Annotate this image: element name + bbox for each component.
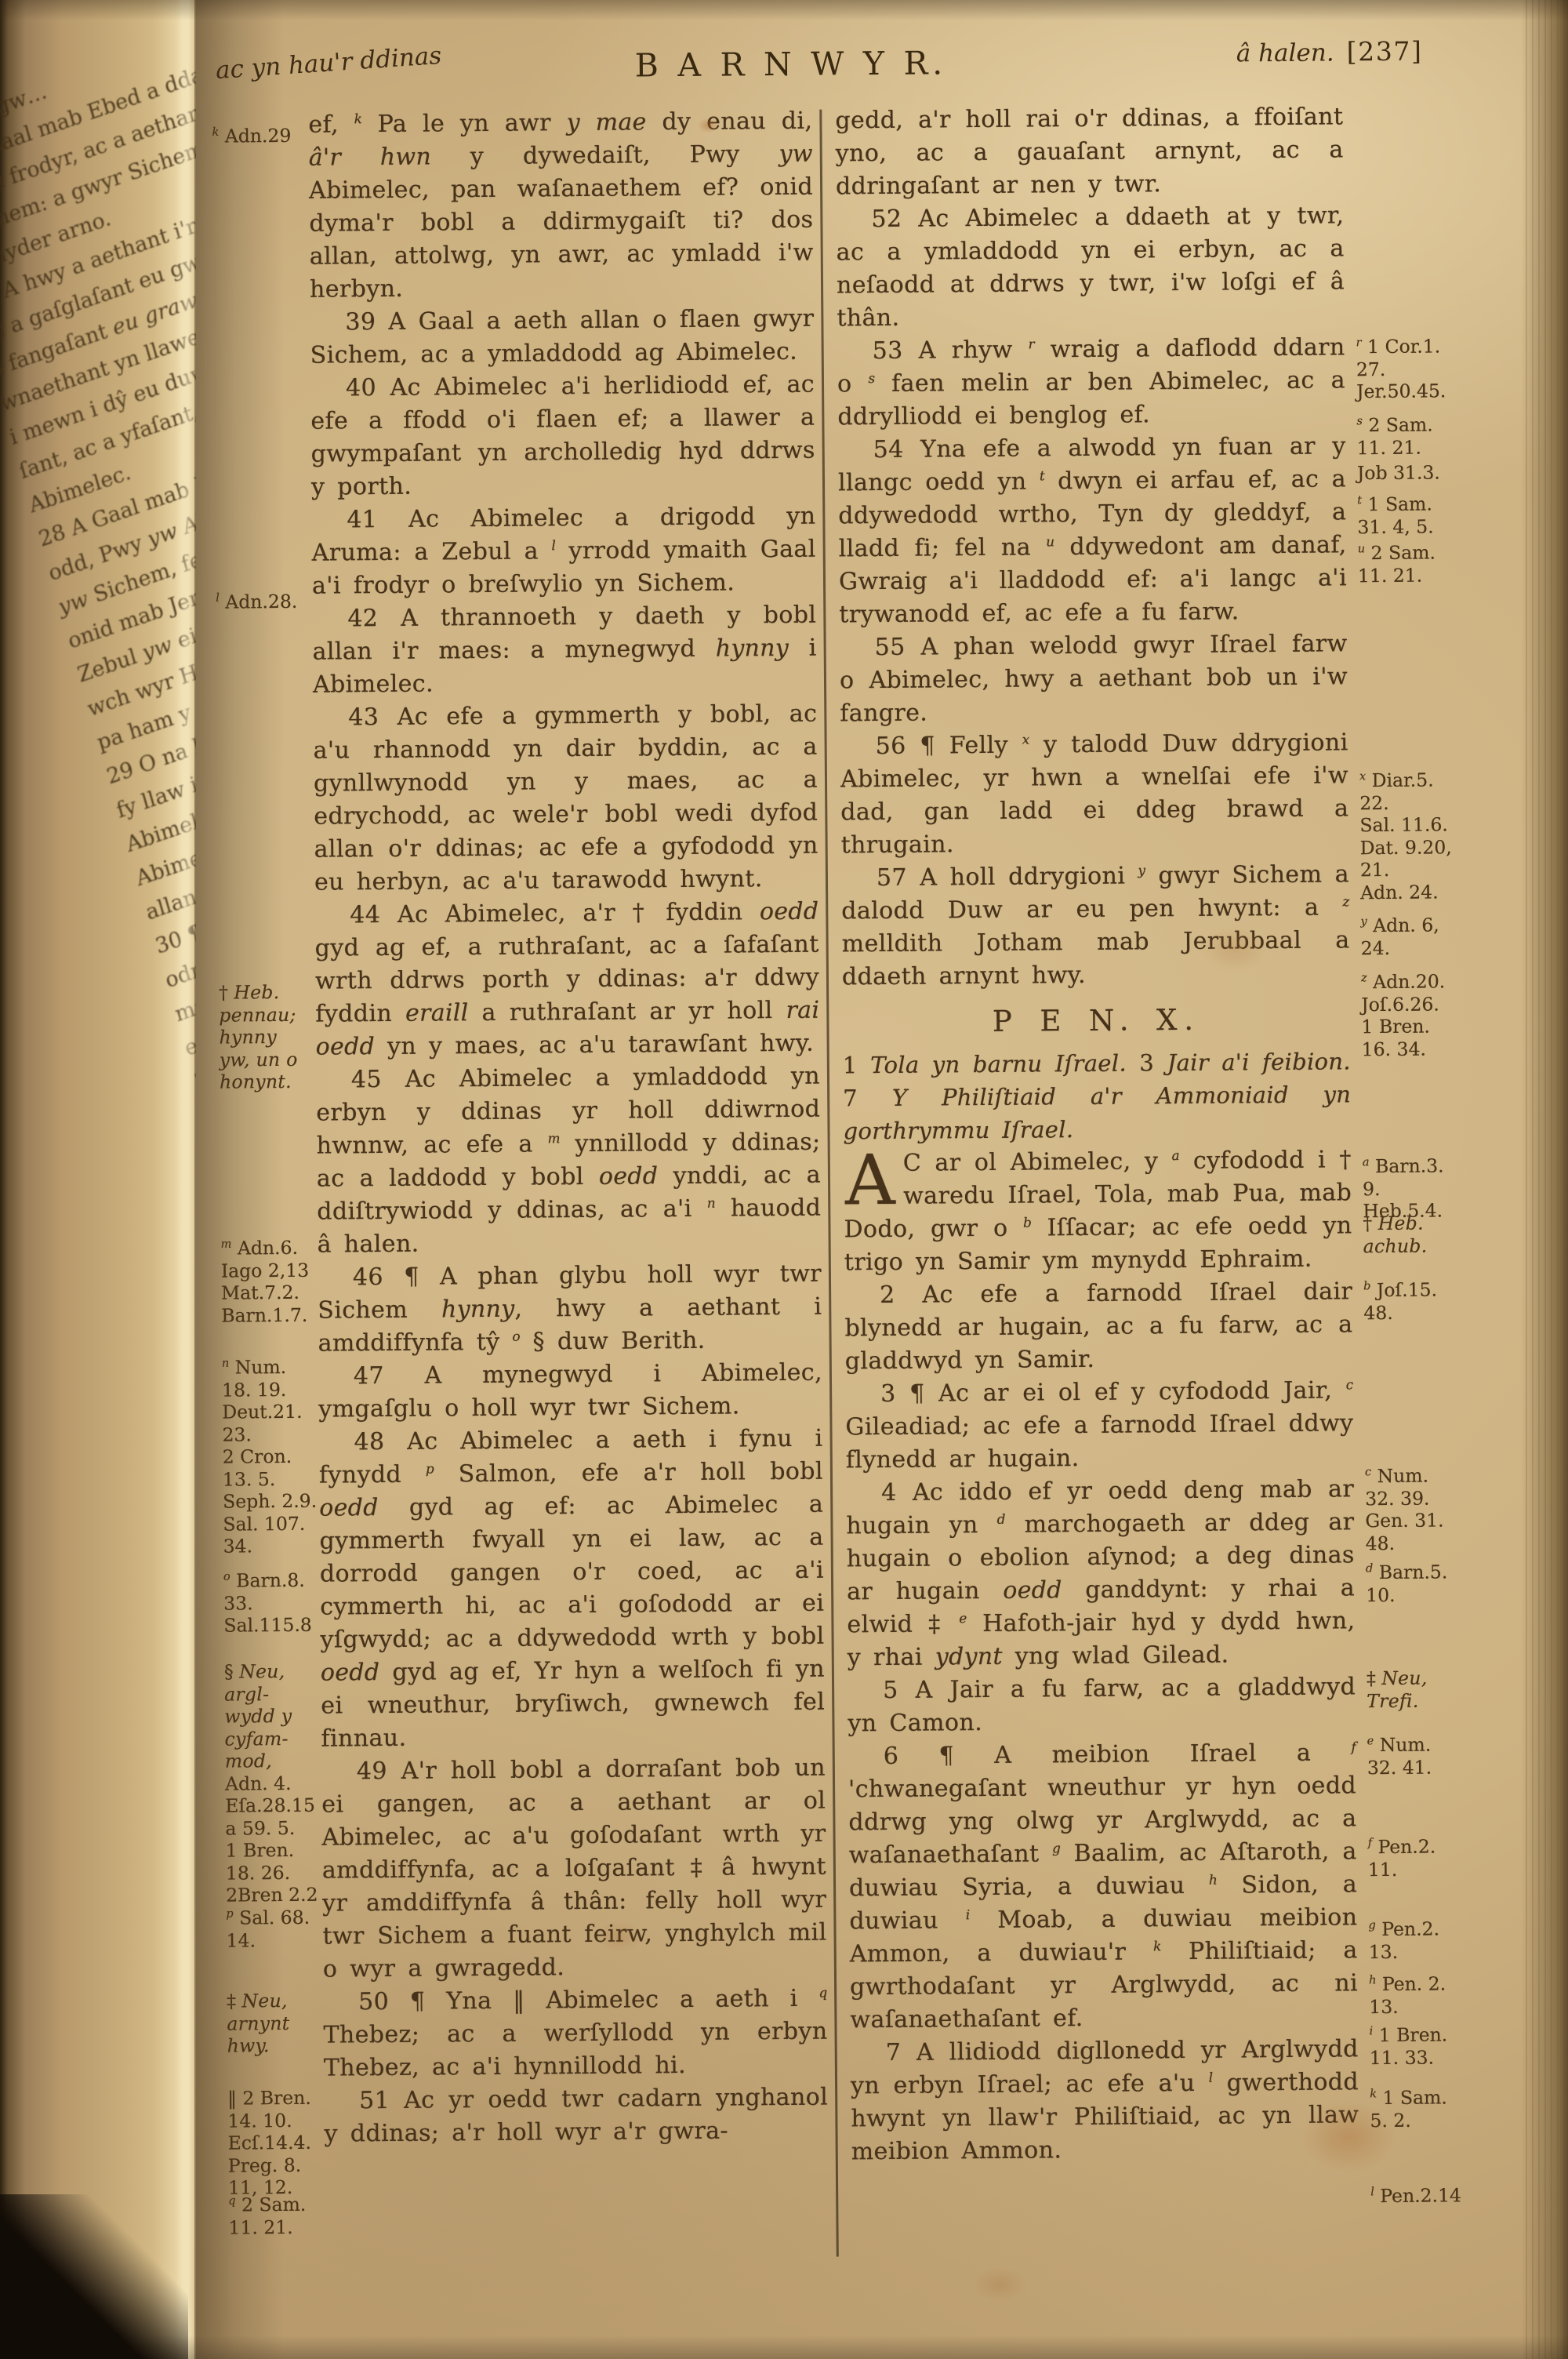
margin-note: k 1 Sam.5. 2.	[1370, 2086, 1447, 2132]
margin-note: u 2 Sam.11. 21.	[1358, 541, 1436, 587]
verse-paragraph: 49 A'r holl bobl a dorraſant bob un ei g…	[321, 1752, 827, 1986]
verse-paragraph: 2 Ac efe a farnodd Iſrael dair blynedd a…	[844, 1275, 1353, 1378]
book-photo: …elec.a mynegw…26 A Gaal mab Ebed a dda……	[0, 0, 1568, 2359]
margin-note: m Adn.6.Iago 2,13Mat.7.2.Barn.1.7.	[221, 1237, 310, 1327]
verse-paragraph: 56 ¶ Felly x y talodd Duw ddrygioni Abim…	[840, 726, 1349, 862]
verse-paragraph: 6 ¶ A meibion Iſrael a f 'chwanegaſant w…	[848, 1736, 1359, 2037]
margin-notes-left: k Adn.29l Adn.28.† Heb.pennau;hynnyyw, u…	[212, 109, 323, 2266]
verse-paragraph: ef, k Pa le yn awr y mae dy enau di, â'r…	[308, 105, 814, 307]
verse-paragraph: 47 A mynegwyd i Abimelec, ymgaſglu o hol…	[318, 1357, 823, 1427]
verse-paragraph: 45 Ac Abimelec a ymladdodd yn erbyn y dd…	[316, 1060, 822, 1262]
running-head-catchword-left: ac yn hau'r ddinas	[215, 42, 442, 85]
margin-note: p Sal. 68.14.	[226, 1906, 310, 1952]
margin-note: f Pen.2.11.	[1368, 1835, 1436, 1881]
margin-note: c Num.32. 39.Gen. 31.48.	[1365, 1464, 1444, 1554]
verse-paragraph: 40 Ac Abimelec a'i herlidiodd ef, ac efe…	[310, 369, 815, 504]
margin-note: i 1 Bren.11. 33.	[1369, 2023, 1447, 2069]
verse-paragraph: 55 A phan welodd gwyr Iſrael farw o Abim…	[840, 627, 1348, 730]
verse-paragraph: 48 Ac Abimelec a aeth i fynu i fynydd p …	[318, 1423, 825, 1756]
verse-paragraph: 53 A rhyw r wraig a daflodd ddarn o s fa…	[837, 331, 1346, 434]
page-edge-right	[1521, 0, 1568, 2359]
margin-note: e Num.32. 41.	[1367, 1734, 1432, 1779]
photo-edge-top-shadow	[0, 0, 1568, 20]
margin-note: ‡ Neu,arnynthwy.	[227, 1990, 290, 2057]
margin-note: h Pen. 2.13.	[1369, 1972, 1446, 2018]
chapter-argument: 1 Tola yn barnu Iſrael. 3 Jair a'i feibi…	[843, 1045, 1352, 1147]
margin-note: † Heb.achub.	[1363, 1212, 1427, 1258]
margin-note: q 2 Sam.11. 21.	[228, 2194, 307, 2239]
margin-note: z Adn.20.Joſ.6.26.1 Bren.16. 34.	[1361, 970, 1446, 1060]
verse-paragraph: 39 A Gaal a aeth allan o flaen gwyr Sich…	[310, 303, 815, 373]
margin-note: y Adn. 6,24.	[1360, 914, 1439, 959]
running-head-catchword-right: â halen.	[1236, 38, 1334, 67]
verse-paragraph: 51 Ac yr oedd twr cadarn ynghanol y ddin…	[324, 2081, 829, 2151]
verse-paragraph: 3 ¶ Ac ar ei ol ef y cyfododd Jair, c Gi…	[845, 1374, 1354, 1477]
margin-notes-right: r 1 Cor.1.27.Jer.50.45.s 2 Sam.11. 21.Jo…	[1354, 100, 1539, 2258]
verse-paragraph: 4 Ac iddo ef yr oedd deng mab ar hugain …	[846, 1473, 1356, 1674]
text-column-left: ef, k Pa le yn awr y mae dy enau di, â'r…	[308, 105, 828, 2151]
text-column-right: gedd, a'r holl rai o'r ddinas, a ffoiſan…	[835, 100, 1359, 2168]
verse-paragraph: 42 A thrannoeth y daeth y bobl allan i'r…	[312, 599, 817, 702]
verse-paragraph: 50 ¶ Yna ‖ Abimelec a aeth i q Thebez; a…	[323, 1983, 828, 2085]
margin-note: x Diar.5.22.Sal. 11.6.Dat. 9.20,21.Adn. …	[1359, 769, 1452, 903]
margin-note: l Adn.28.	[216, 591, 297, 613]
margin-note: d Barn.5.10.	[1366, 1561, 1448, 1606]
verse-paragraph: 41 Ac Abimelec a drigodd yn Aruma: a Zeb…	[311, 500, 816, 603]
margin-note: † Heb.pennau;hynnyyw, un ohonynt.	[219, 981, 298, 1093]
margin-note: n Num.18. 19.Deut.21.23.2 Cron.13. 5.Sep…	[222, 1356, 318, 1558]
verse-paragraph: AC ar ol Abimelec, y a cyfododd i † ware…	[844, 1143, 1352, 1279]
margin-note: g Pen.2.13.	[1368, 1917, 1439, 1963]
margin-note: k Adn.29	[212, 125, 291, 147]
page-title: B A R N W Y R.	[635, 44, 948, 84]
margin-note: b Joſ.15.48.	[1363, 1278, 1437, 1324]
verse-paragraph: 7 A llidiodd digllonedd yr Arglwydd yn e…	[851, 2033, 1359, 2168]
chapter-heading: P E N. X.	[842, 1002, 1350, 1039]
verse-paragraph: 43 Ac efe a gymmerth y bobl, ac a'u rhan…	[313, 698, 818, 900]
verse-paragraph: gedd, a'r holl rai o'r ddinas, a ffoiſan…	[835, 100, 1344, 203]
verse-paragraph: 57 A holl ddrygioni y gwyr Sichem a dalo…	[841, 858, 1350, 994]
margin-note: o Barn.8.33.Sal.115.8	[223, 1569, 312, 1637]
verse-paragraph: 52 Ac Abimelec a ddaeth at y twr, ac a y…	[836, 199, 1345, 335]
verse-paragraph: 46 ¶ A phan glybu holl wyr twr Sichem hy…	[318, 1258, 822, 1361]
drop-cap-initial: A	[844, 1147, 904, 1209]
page-number: [237]	[1346, 36, 1422, 67]
running-head-right: â halen.[237]	[1236, 36, 1423, 68]
photo-edge-bottom-shadow	[0, 2335, 1568, 2359]
margin-note: § Neu,argl-wydd ycyfam-mod,Adn. 4.Eſa.28…	[224, 1660, 318, 1906]
margin-note: Job 31.3.	[1357, 461, 1440, 484]
margin-note: ‡ Neu,Trefi.	[1367, 1667, 1428, 1713]
margin-note: s 2 Sam.11. 21.	[1356, 413, 1433, 459]
margin-note: r 1 Cor.1.27.Jer.50.45.	[1356, 335, 1446, 402]
book-corner-shadow	[0, 2194, 188, 2359]
margin-note: ‖ 2 Bren.14. 10.Ecſ.14.4.Preg. 8.11, 12.	[227, 2087, 312, 2199]
verse-paragraph: 54 Yna efe a alwodd yn fuan ar y llangc …	[838, 430, 1348, 631]
verse-paragraph: 5 A Jair a fu farw, ac a gladdwyd yn Cam…	[848, 1670, 1356, 1740]
margin-note: t 1 Sam.31. 4, 5.	[1357, 493, 1434, 538]
verse-paragraph: 44 Ac Abimelec, a'r † fyddin oedd gyd ag…	[314, 896, 820, 1064]
margin-note: l Pen.2.14	[1370, 2184, 1461, 2207]
page-content: ac yn hau'r ddinas B A R N W Y R. â hale…	[0, 0, 1568, 2359]
